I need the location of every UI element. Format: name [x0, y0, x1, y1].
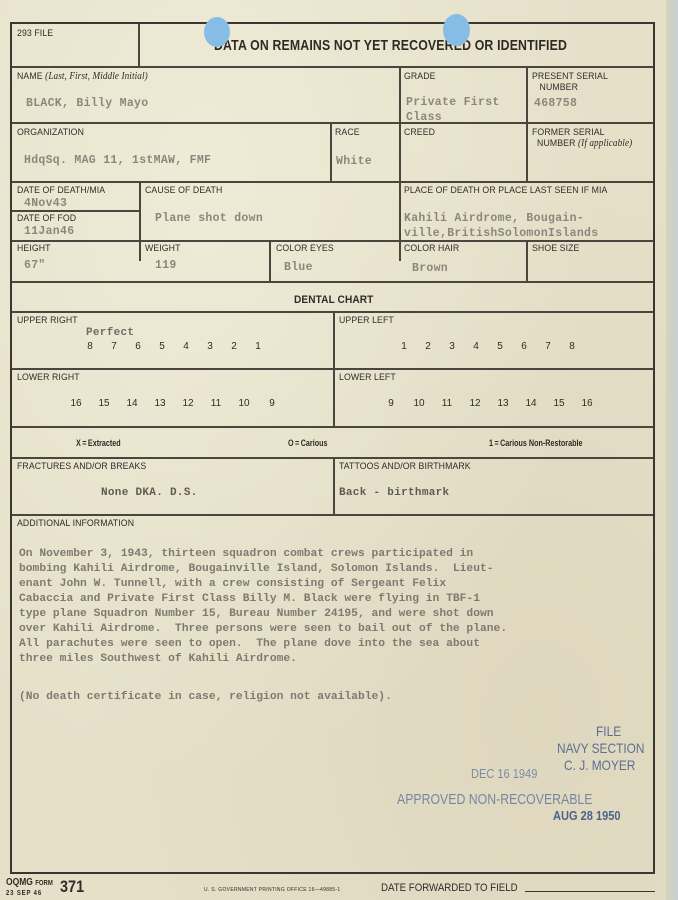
color-eyes-label: COLOR EYES: [276, 243, 334, 254]
height-value: 67": [24, 259, 46, 272]
race-label: RACE: [335, 127, 360, 138]
legend-extracted: X = Extracted: [76, 438, 121, 448]
tooth[interactable]: 11: [202, 398, 230, 409]
upper-right-note: Perfect: [86, 327, 134, 339]
divider: [12, 66, 653, 68]
divider: [138, 24, 140, 66]
legend-non-restorable: 1 = Carious Non-Restorable: [489, 438, 583, 448]
tooth[interactable]: 12: [174, 398, 202, 409]
divider: [12, 240, 653, 242]
cause-of-death-value: Plane shot down: [155, 212, 263, 225]
form-date: 23 SEP 46: [6, 890, 42, 897]
divider: [12, 514, 653, 516]
lower-right-label: LOWER RIGHT: [17, 372, 80, 383]
weight-label: WEIGHT: [145, 243, 181, 254]
date-forwarded-field[interactable]: [525, 891, 655, 892]
tooth[interactable]: 3: [440, 341, 464, 352]
name-label: NAME (Last, First, Middle Initial): [17, 71, 148, 82]
present-serial-label: PRESENT SERIAL NUMBER: [532, 71, 608, 93]
present-serial-value: 468758: [534, 97, 577, 110]
divider: [330, 122, 332, 181]
tooth[interactable]: 13: [146, 398, 174, 409]
tooth[interactable]: 1: [392, 341, 416, 352]
date-of-death-label: DATE OF DEATH/MIA: [17, 185, 105, 196]
divider: [139, 181, 141, 261]
file-stamp-line2: NAVY SECTION: [557, 740, 645, 756]
divider: [12, 281, 653, 283]
divider: [399, 122, 401, 181]
tooth[interactable]: 15: [90, 398, 118, 409]
tooth[interactable]: 14: [517, 398, 545, 409]
additional-information-note: (No death certificate in case, religion …: [19, 690, 649, 705]
upper-left-teeth: 1 2 3 4 5 6 7 8: [392, 341, 584, 352]
tooth[interactable]: 9: [377, 398, 405, 409]
file-label: 293 FILE: [17, 28, 53, 39]
former-serial-label: FORMER SERIAL NUMBER (If applicable): [532, 127, 632, 149]
tattoos-value: Back - birthmark: [339, 487, 449, 499]
tooth[interactable]: 15: [545, 398, 573, 409]
grade-label: GRADE: [404, 71, 436, 82]
divider: [399, 181, 401, 261]
place-of-death-value-line2: ville,BritishSolomonIslands: [404, 227, 598, 240]
tooth[interactable]: 13: [489, 398, 517, 409]
organization-value: HdqSq. MAG 11, 1stMAW, FMF: [24, 154, 211, 167]
form-title: DATA ON REMAINS NOT YET RECOVERED OR IDE…: [214, 37, 567, 54]
tooth[interactable]: 16: [573, 398, 601, 409]
organization-label: ORGANIZATION: [17, 127, 84, 138]
divider: [526, 240, 528, 281]
shoe-size-label: SHOE SIZE: [532, 243, 579, 254]
lower-left-label: LOWER LEFT: [339, 372, 396, 383]
tooth[interactable]: 10: [405, 398, 433, 409]
tooth[interactable]: 2: [416, 341, 440, 352]
place-of-death-value-line1: Kahili Airdrome, Bougain-: [404, 212, 584, 225]
weight-value: 119: [155, 259, 177, 272]
color-eyes-value: Blue: [284, 261, 313, 274]
race-value: White: [336, 155, 372, 168]
upper-right-teeth: 8 7 6 5 4 3 2 1: [78, 341, 270, 352]
date-stamp-received: DEC 16 1949: [471, 766, 537, 781]
tooth[interactable]: 8: [560, 341, 584, 352]
tooth[interactable]: 5: [488, 341, 512, 352]
divider: [399, 66, 401, 122]
tooth[interactable]: 4: [174, 341, 198, 352]
hole-punch-mark: [204, 17, 230, 47]
tattoos-label: TATTOOS AND/OR BIRTHMARK: [339, 461, 471, 472]
legend-carious: O = Carious: [288, 438, 328, 448]
cause-of-death-label: CAUSE OF DEATH: [145, 185, 222, 196]
page-edge: [666, 0, 678, 900]
file-stamp-line3: C. J. MOYER: [564, 757, 635, 773]
tooth[interactable]: 12: [461, 398, 489, 409]
divider: [12, 368, 653, 370]
tooth[interactable]: 5: [150, 341, 174, 352]
tooth[interactable]: 16: [62, 398, 90, 409]
tooth[interactable]: 6: [126, 341, 150, 352]
tooth[interactable]: 10: [230, 398, 258, 409]
fractures-value: None DKA. D.S.: [101, 487, 198, 499]
divider: [269, 240, 271, 281]
dental-chart-title: DENTAL CHART: [294, 294, 373, 306]
tooth[interactable]: 1: [246, 341, 270, 352]
printer-imprint: U. S. GOVERNMENT PRINTING OFFICE 16—4988…: [204, 887, 340, 893]
divider: [12, 181, 653, 183]
form-word: FORM: [35, 880, 53, 887]
upper-right-label: UPPER RIGHT: [17, 315, 78, 326]
grade-value-line1: Private First: [406, 96, 500, 109]
tooth[interactable]: 4: [464, 341, 488, 352]
tooth[interactable]: 7: [102, 341, 126, 352]
tooth[interactable]: 2: [222, 341, 246, 352]
date-stamp-approved: AUG 28 1950: [553, 808, 621, 823]
lower-right-teeth: 16 15 14 13 12 11 10 9: [62, 398, 286, 409]
date-of-fod-value: 11Jan46: [24, 225, 74, 238]
form-id: OQMG FORM 23 SEP 46: [6, 878, 53, 898]
divider: [526, 122, 528, 181]
tooth[interactable]: 14: [118, 398, 146, 409]
divider: [12, 122, 653, 124]
file-stamp-line1: FILE: [596, 723, 621, 739]
form-agency: OQMG: [6, 877, 33, 888]
date-of-death-value: 4Nov43: [24, 197, 67, 210]
tooth[interactable]: 8: [78, 341, 102, 352]
divider: [12, 210, 139, 212]
name-value: BLACK, Billy Mayo: [26, 97, 148, 110]
height-label: HEIGHT: [17, 243, 51, 254]
additional-information-label: ADDITIONAL INFORMATION: [17, 518, 134, 529]
date-of-fod-label: DATE OF FOD: [17, 213, 76, 224]
tooth[interactable]: 7: [536, 341, 560, 352]
color-hair-label: COLOR HAIR: [404, 243, 459, 254]
additional-information-text: On November 3, 1943, thirteen squadron c…: [19, 547, 649, 667]
tooth[interactable]: 3: [198, 341, 222, 352]
tooth[interactable]: 9: [258, 398, 286, 409]
hole-punch-mark: [443, 14, 470, 46]
fractures-label: FRACTURES AND/OR BREAKS: [17, 461, 146, 472]
upper-left-label: UPPER LEFT: [339, 315, 394, 326]
tooth[interactable]: 11: [433, 398, 461, 409]
approved-stamp: APPROVED NON-RECOVERABLE: [397, 791, 592, 808]
date-forwarded-label: DATE FORWARDED TO FIELD: [381, 882, 518, 894]
divider: [526, 66, 528, 122]
place-of-death-label: PLACE OF DEATH OR PLACE LAST SEEN IF MIA: [404, 185, 607, 196]
divider: [12, 426, 653, 428]
form-number: 371: [60, 877, 84, 897]
creed-label: CREED: [404, 127, 435, 138]
lower-left-teeth: 9 10 11 12 13 14 15 16: [377, 398, 601, 409]
color-hair-value: Brown: [412, 262, 448, 275]
divider: [333, 457, 335, 514]
tooth[interactable]: 6: [512, 341, 536, 352]
